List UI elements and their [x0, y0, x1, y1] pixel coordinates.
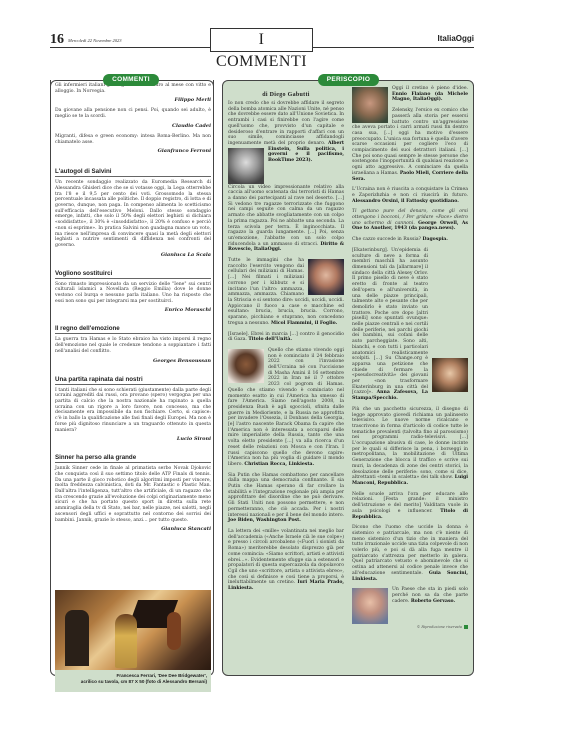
quote-item: La lettera dei «mille» volantinata nei m… — [228, 529, 344, 592]
author: Filippo Merli — [55, 97, 211, 103]
short-item: Gli infermieri italiani guadagnano 3.500… — [55, 83, 211, 103]
double-bass-figure — [167, 612, 181, 650]
quote-item: L'Ucraina non è riuscita a conquistare l… — [352, 187, 468, 204]
quote-item: Quello che stiamo vivendo oggi non è com… — [228, 348, 344, 468]
article-text: La guerra tra Hamas e lo Stato ebraico h… — [55, 337, 211, 354]
quote-source: Alessandro Orsini, il Fattosky quotidian… — [352, 199, 459, 204]
article: Sinner ha perso alla grande Jannik Sinne… — [55, 454, 211, 532]
article: L'autogol di Salvini Un recente sondaggi… — [55, 168, 211, 257]
singer-figure — [115, 614, 137, 668]
saxophonist-figure — [65, 610, 89, 666]
author: Georges Bensoussan — [55, 358, 211, 364]
comments-tag: COMMENTI — [103, 74, 159, 86]
quote-source: Dagospia. — [423, 237, 448, 242]
quote-item: Tutte le immagini che ha raccolto l'eser… — [228, 258, 344, 326]
page-number: 16 — [50, 32, 64, 48]
periscopio-col-2: Oggi il cretino è pieno d'idee. Ennio Fl… — [352, 86, 468, 629]
article-text: Sono rimasto impressionato da un servizi… — [55, 282, 211, 305]
zelensky-photo — [352, 87, 388, 123]
brand-logo: ItaliaOggi — [438, 34, 474, 43]
article-title: Vogliono sostituirci — [55, 270, 211, 279]
quote-item: [Ekaterinburg]. Un'epidemia di sculture … — [352, 248, 468, 402]
quote-source: Roberto Gervaso. — [411, 599, 455, 604]
author: Gianfranco Ferroni — [55, 148, 211, 154]
quote-source: Micol Flammini, il Foglio. — [271, 321, 337, 326]
quote-item: Nelle scuole arriva l'ora per educare al… — [352, 492, 468, 521]
obama-photo — [228, 349, 264, 383]
author: Gianluca La Scala — [55, 252, 211, 258]
quote-item: Che cazzo succede in Russia? Dagospia. — [352, 237, 468, 243]
article-title: Il regno dell'emozione — [55, 325, 211, 334]
periscopio-col-1: di Diego Gabutti Io non credo che si dov… — [228, 82, 344, 597]
article-title: Sinner ha perso alla grande — [55, 454, 211, 463]
article-title: Una partita rapinata dai nostri — [55, 376, 211, 385]
quote-item: Circola un video impressionante relativo… — [228, 185, 344, 253]
page-header: 16 Mercoledì 22 Novembre 2023 I COMMENTI… — [50, 30, 474, 48]
author: Claudio Cadei — [55, 123, 211, 129]
quote-item: Un Paese che sta in piedi solo perché no… — [352, 587, 468, 604]
gervaso-photo — [352, 588, 388, 624]
quote-item: Più che un pacchetto sicurezza, il diseg… — [352, 407, 468, 487]
quote-source: Titolo dell'Unità. — [248, 337, 292, 342]
byline: di Diego Gabutti — [228, 92, 344, 98]
quote-source: Ennio Flaiano (da Michele Magno, ItaliaO… — [392, 92, 468, 103]
painting-caption: Francesca Ferrari, 'Dee Dee Bridgewater'… — [55, 670, 211, 692]
article-text: Un recente sondaggio realizzato da Eurom… — [55, 180, 211, 248]
author: Enrico Moraschi — [55, 307, 211, 313]
quote-item: Oggi il cretino è pieno d'idee. Ennio Fl… — [352, 86, 468, 103]
quote-item: Dicono che l'uomo che uccide la donna è … — [352, 525, 468, 582]
quote-item: Io non credo che si dovrebbe affidare il… — [228, 101, 344, 164]
page-date: Mercoledì 22 Novembre 2023 — [68, 38, 122, 43]
einstein-photo — [228, 148, 264, 184]
article-title: L'autogol di Salvini — [55, 168, 211, 177]
quote-source: Christian Rocca, Linkiesta. — [244, 462, 314, 467]
painting-image — [55, 590, 211, 670]
article-text: I tanti italiani che si sono schierati (… — [55, 388, 211, 434]
quote-item: Ti gettano pure del denaro, come gli ors… — [352, 209, 468, 232]
short-item: Da giovane alla pensione non ci pensi. P… — [55, 108, 211, 128]
article-text: Jannik Sinner cede in finale al primatis… — [55, 466, 211, 523]
article: Vogliono sostituirci Sono rimasto impres… — [55, 270, 211, 314]
article: Una partita rapinata dai nostri I tanti … — [55, 376, 211, 443]
article: Il regno dell'emozione La guerra tra Ham… — [55, 325, 211, 363]
author: Lucio Sironi — [55, 436, 211, 442]
quote-item: [Israele]. Ebrei in marcia […] contro il… — [228, 332, 344, 343]
short-item: Migranti, difesa e green economy: intesa… — [55, 134, 211, 154]
copyright-note: © Riproduzione riservata — [352, 625, 468, 629]
short-items: Gli infermieri italiani guadagnano 3.500… — [55, 83, 211, 532]
quote-source: Joe Biden, Washington Post. — [228, 518, 301, 523]
author: Gianluca Stancati — [55, 526, 211, 532]
section-title: I COMMENTI — [210, 28, 313, 52]
zafesova-photo — [432, 358, 468, 392]
quote-item: Sia Putin che Hamas combattono per cance… — [228, 473, 344, 524]
comments-column: Gli infermieri italiani guadagnano 3.500… — [50, 80, 214, 676]
netanyahu-photo — [308, 259, 344, 295]
